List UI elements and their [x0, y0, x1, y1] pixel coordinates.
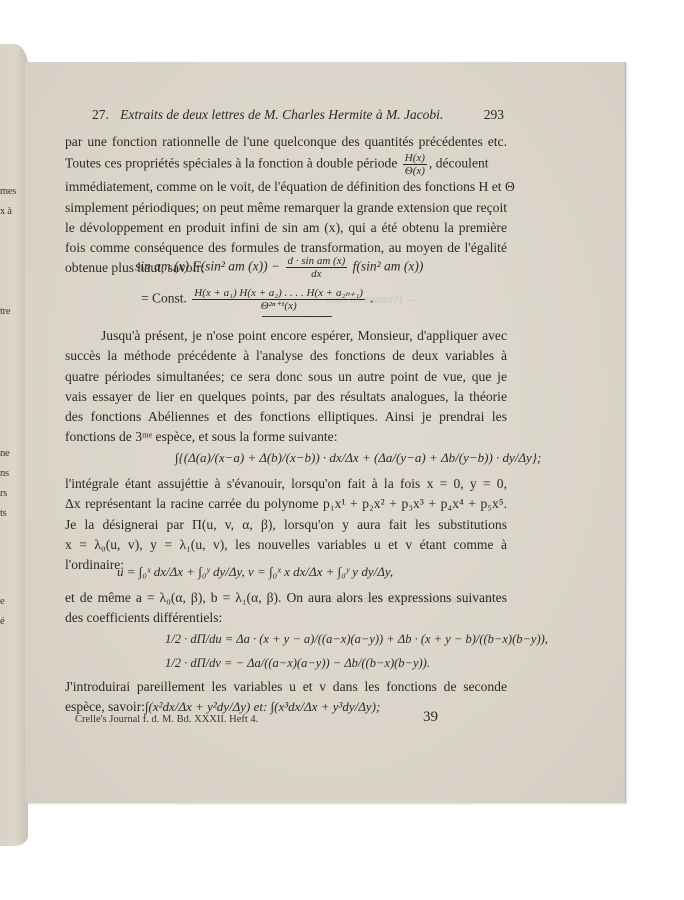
fraction-denominator: dx [286, 268, 348, 280]
text-line: et de même a = λ₀(α, β), b = λ₁(α, β). O… [65, 588, 507, 608]
page-number: 293 [484, 107, 504, 123]
text-line: par une fonction rationnelle de l'une qu… [65, 132, 507, 152]
left-page-text-fragment: ns [0, 468, 9, 479]
fraction-numerator: d · sin am (x) [286, 255, 348, 268]
book-page: — Prenons en cons désignant deux autres … [25, 62, 625, 803]
text-line: vais essayer de lier en quelques points,… [65, 387, 507, 407]
running-head: 27. Extraits de deux lettres de M. Charl… [92, 107, 502, 123]
text-line: J'introduirai pareillement les variables… [65, 677, 507, 697]
equation-1-line-1: sin am (x) F(sin² am (x)) − d · sin am (… [135, 255, 423, 280]
text-line: le dévoloppement en produit infini de si… [65, 218, 507, 238]
left-page-text-fragment: ne [0, 448, 9, 459]
separator-rule [262, 316, 332, 317]
journal-footer: Crelle's Journal f. d. M. Bd. XXXII. Hef… [75, 714, 258, 725]
fraction-denominator: Θ²ⁿ⁺¹(x) [192, 300, 365, 312]
paragraph-2: Jusqu'à présent, je n'ose point encore e… [65, 326, 507, 448]
paragraph-3: l'intégrale étant assujéttie à s'évanoui… [65, 474, 507, 575]
running-head-title: Extraits de deux lettres de M. Charles H… [120, 107, 443, 122]
text-line: succès la méthode précédente à l'analyse… [65, 346, 507, 366]
equation-fraction: d · sin am (x) dx [286, 255, 348, 280]
text-fragment: Toutes ces propriétés spéciales à la fon… [65, 156, 397, 171]
inline-fraction: H(x) Θ(x) [403, 152, 427, 177]
equation-part: f(sin² am (x)) [353, 259, 424, 274]
text-line: l'intégrale étant assujéttie à s'évanoui… [65, 474, 507, 494]
equation-part: sin am (x) F(sin² am (x)) − [135, 259, 280, 274]
equation-4b: 1/2 · dΠ/dv = − Δa/((a−x)(a−y)) − Δb/((b… [165, 656, 430, 671]
text-line: Je la désignerai par Π(u, v, α, β), lors… [65, 515, 507, 535]
section-number: 27. [92, 107, 109, 122]
text-line: simplement périodiques; on peut même rem… [65, 198, 507, 218]
left-page-text-fragment: é [0, 616, 4, 627]
fraction-numerator: H(x) [403, 152, 427, 165]
text-fragment: , découlent [429, 156, 489, 171]
left-page-text-fragment: tre [0, 306, 10, 317]
left-page-text-fragment: rs [0, 488, 7, 499]
text-line: immédiatement, comme on le voit, de l'éq… [65, 177, 507, 197]
left-page-text-fragment: x à [0, 206, 12, 217]
equation-2: ∫{(Δ(a)/(x−a) + Δ(b)/(x−b)) · dx/Δx + (Δ… [175, 450, 541, 466]
left-page-edge: mesx àtrenensrstseé [0, 44, 28, 846]
text-line: x = λ₀(u, v), y = λ₁(u, v), les nouvelle… [65, 535, 507, 555]
text-line: Jusqu'à présent, je n'ose point encore e… [65, 326, 507, 346]
equation-4a: 1/2 · dΠ/du = Δa · (x + y − a)/((a−x)(a−… [165, 632, 548, 647]
equation-1-line-2: = Const. H(x + a₁) H(x + a₂) . . . . H(x… [141, 287, 374, 312]
equation-5: ∫(x²dx/Δx + y²dy/Δy) et: ∫(x³dx/Δx + y³d… [145, 699, 380, 715]
equation-3: u = ∫₀ˣ dx/Δx + ∫₀ʸ dy/Δy, v = ∫₀ˣ x dx/… [117, 564, 393, 580]
text-line: des coefficients différentiels: [65, 608, 507, 628]
text-line: des fonctions Abéliennes et des fonction… [65, 407, 507, 427]
fraction-denominator: Θ(x) [403, 165, 427, 177]
text-line: quatre périodes simultanées; ce sera don… [65, 367, 507, 387]
equation-part: = Const. [141, 291, 187, 306]
left-page-text-fragment: ts [0, 508, 6, 519]
equation-part: . [370, 291, 373, 306]
paragraph-4: et de même a = λ₀(α, β), b = λ₁(α, β). O… [65, 588, 507, 629]
signature-mark: 39 [423, 709, 438, 726]
text-line: Δx représentant la racine carrée du poly… [65, 494, 507, 514]
text-line: Toutes ces propriétés spéciales à la fon… [65, 152, 507, 177]
left-page-text-fragment: mes [0, 186, 16, 197]
text-line: fonctions de 3ᵐᵉ espèce, et sous la form… [65, 427, 507, 447]
equation-fraction: H(x + a₁) H(x + a₂) . . . . H(x + a₂ₙ₊₁)… [192, 287, 365, 312]
fraction-numerator: H(x + a₁) H(x + a₂) . . . . H(x + a₂ₙ₊₁) [192, 287, 365, 300]
left-page-text-fragment: e [0, 596, 4, 607]
